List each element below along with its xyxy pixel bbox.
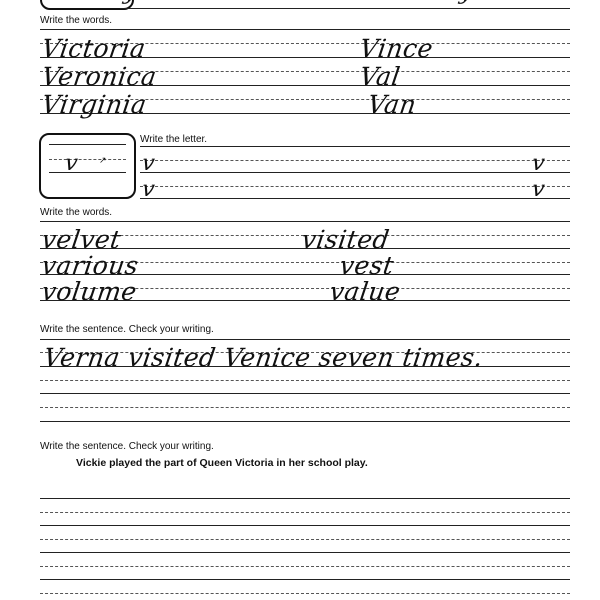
guide-line-dashed bbox=[140, 186, 570, 187]
cursive-model-word: Vince bbox=[358, 36, 435, 61]
guide-line-solid bbox=[40, 221, 570, 222]
guide-line-dashed bbox=[40, 407, 570, 408]
guide-line-solid bbox=[140, 146, 570, 147]
guide-line-dashed bbox=[140, 160, 570, 161]
printed-sentence: Vickie played the part of Queen Victoria… bbox=[76, 457, 368, 469]
guide-line-dashed bbox=[40, 566, 570, 567]
stroke-direction-arrows-icon: ↗ bbox=[99, 155, 107, 166]
instruction-label: Write the words. bbox=[40, 15, 112, 26]
box-guide-line bbox=[49, 144, 126, 145]
cursive-model-word: Val bbox=[358, 64, 402, 89]
cursive-model-word: Victoria bbox=[40, 36, 147, 61]
guide-line-solid bbox=[40, 393, 570, 394]
cursive-model-word: various bbox=[40, 253, 140, 278]
cursive-model-word: Veronica bbox=[40, 64, 158, 89]
cursive-model-word: velvet bbox=[40, 227, 122, 252]
cursive-model-word: Verna visited Venice seven times. bbox=[42, 345, 485, 370]
guide-line-solid bbox=[40, 552, 570, 553]
cursive-model-word: volume bbox=[40, 279, 138, 304]
cursive-model-word: Van bbox=[366, 92, 418, 117]
guide-line-solid bbox=[120, 8, 570, 9]
cursive-fragment: y bbox=[458, 0, 474, 4]
cursive-fragment: y bbox=[122, 0, 138, 4]
instruction-label: Write the sentence. Check your writing. bbox=[40, 441, 214, 452]
cursive-model-word: value bbox=[328, 279, 402, 304]
instruction-label: Write the letter. bbox=[140, 134, 207, 145]
guide-line-dashed bbox=[40, 593, 570, 594]
guide-line-solid bbox=[40, 525, 570, 526]
model-letter-box: v ↗ bbox=[39, 133, 136, 199]
guide-line-solid bbox=[40, 421, 570, 422]
instruction-label: Write the sentence. Check your writing. bbox=[40, 324, 214, 335]
guide-line-solid bbox=[40, 339, 570, 340]
box-dashed-line bbox=[49, 159, 126, 160]
cursive-model-word: visited bbox=[300, 227, 391, 252]
guide-line-dashed bbox=[40, 539, 570, 540]
box-guide-line bbox=[49, 172, 126, 173]
cursive-model-word: vest bbox=[338, 253, 395, 278]
guide-line-solid bbox=[40, 579, 570, 580]
guide-line-dashed bbox=[40, 512, 570, 513]
guide-line-solid bbox=[40, 29, 570, 30]
guide-line-solid bbox=[40, 498, 570, 499]
guide-line-solid bbox=[140, 198, 570, 199]
cursive-model-word: Virginia bbox=[40, 92, 148, 117]
guide-line-solid bbox=[140, 172, 570, 173]
instruction-label: Write the words. bbox=[40, 207, 112, 218]
guide-line-dashed bbox=[40, 380, 570, 381]
